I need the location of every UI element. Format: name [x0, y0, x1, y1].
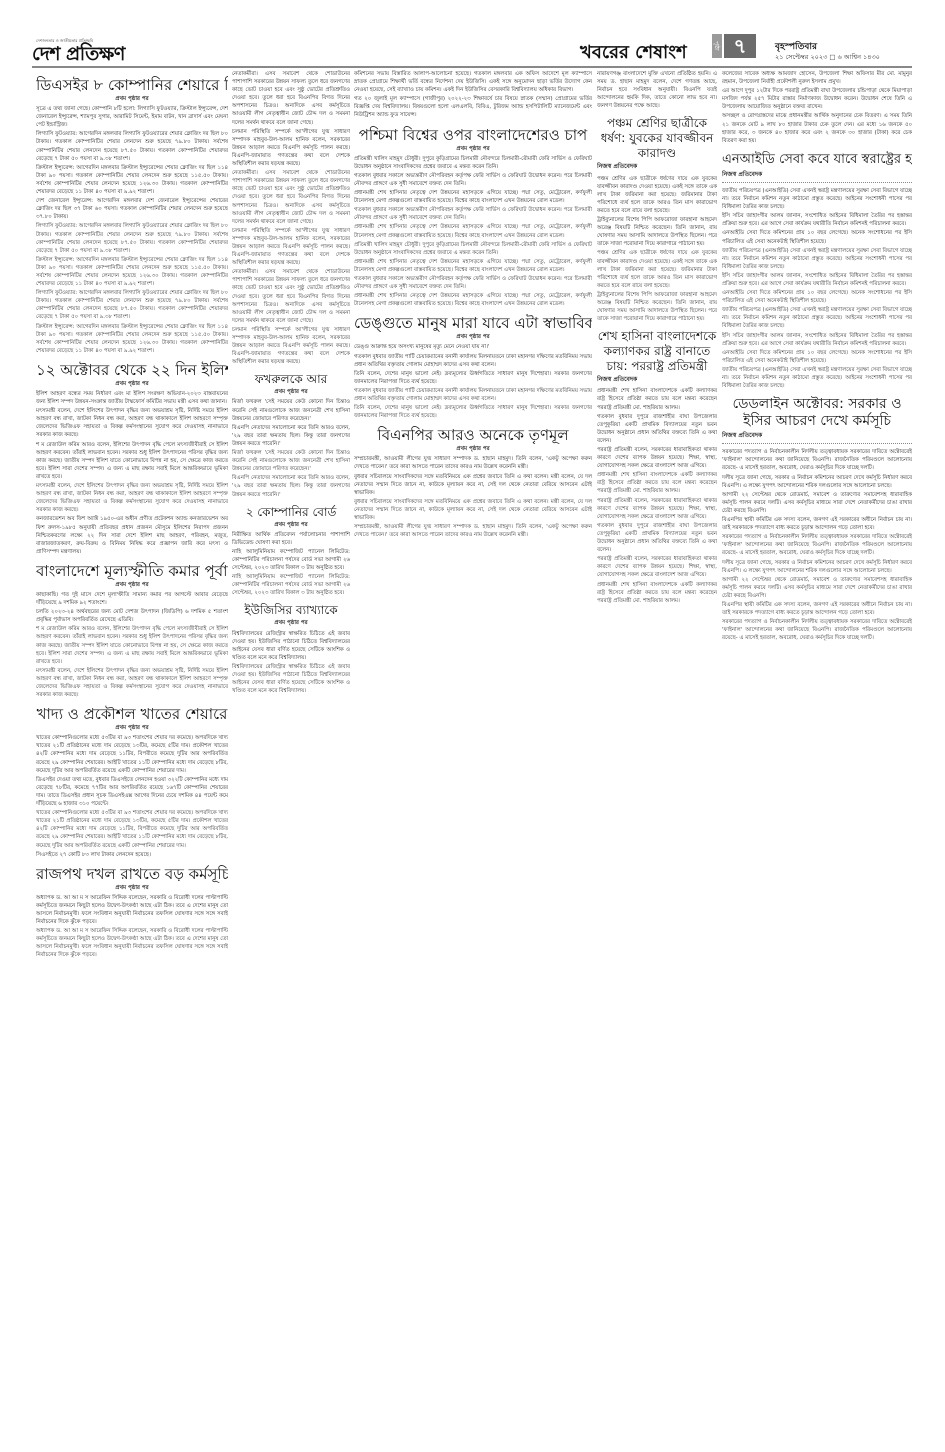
article-paragraph: বুধবার সচিবালয়ে সাংবাদিকদের সঙ্গে মতবিন…: [354, 498, 592, 522]
article-paragraph: ক্রিস্টাল ইন্স্যুরেন্স: আগেরদিন মঙ্গলবার…: [36, 323, 228, 355]
article-paragraph: সরকারের পদত্যাগ ও নির্বাচনকালীন নির্দলীয…: [722, 618, 912, 642]
article-paragraph: মৎস্যমন্ত্রী বলেন, দেশে ইলিশের উৎপাদন বৃ…: [36, 667, 228, 699]
article-paragraph: ইসি সচিব জাহাংগীর আলম জানান, সংশোধিত আইন…: [722, 332, 912, 348]
article-paragraph: সিএসইতে ২৭ কোটি ৮৩ লাখ টাকার লেনদেন হয়ে…: [36, 851, 228, 859]
article-paragraph: প্রতিমন্ত্রী খালিদ মাহমুদ চৌধুরী। দুপুরে…: [354, 241, 592, 257]
article-paragraph: দলীয় সূত্রে জানা গেছে, সরকার ও নির্বাচন…: [722, 559, 912, 575]
article-headline[interactable]: পশ্চিমা বিশ্বের ওপর বাংলাদেশেরও চাপ: [354, 126, 592, 144]
article-paragraph: এর আগে দুপুর ১২টার দিকে পররাষ্ট্র প্রতিম…: [722, 87, 912, 111]
article-headline[interactable]: খাদ্য ও প্রকৌশল খাতের শেয়ারে: [36, 705, 228, 723]
article-paragraph: খাতের কোম্পানিগুলোর মধ্যে ৫৩টির বা ৯৩ শত…: [36, 809, 228, 849]
article-dse-sellers[interactable]: ডিএসইর ৮ কোম্পানির শেয়ারে বিক্রেতা প্রথ…: [36, 76, 228, 355]
article-paragraph: ইসি সচিব জাহাংগীর আলম জানান, সংশোধিত আইন…: [722, 212, 912, 228]
article-paragraph: বিশ্ববিদ্যালয়ের রেজিস্ট্রার স্বাক্ষরিত …: [232, 663, 350, 695]
article-paragraph: জাতীয় পরিচয়পত্র (এনআইডি) সেবা এখনই স্ব…: [722, 366, 912, 390]
header-divider: [32, 66, 912, 68]
article-hilsa-ban[interactable]: ১২ অক্টোবর থেকে ২২ দিন ইলিশ প্রথম পৃষ্ঠা…: [36, 361, 228, 556]
article-paragraph: মৎস্যমন্ত্রী বলেন, দেশে ইলিশের উৎপাদন বৃ…: [36, 482, 228, 514]
column-1: ডিএসইর ৮ কোম্পানির শেয়ারে বিক্রেতা প্রথ…: [36, 70, 228, 1440]
article-paragraph: কনজারভেশন অব ফিশ অ্যাক্ট ১৯৫০-এর অধীন প্…: [36, 515, 228, 555]
article-rajpath-program[interactable]: রাজপথ দখল রাখতে বড় কর্মসূচি প্রথম পৃষ্ঠ…: [36, 865, 228, 960]
article-headline[interactable]: ১২ অক্টোবর থেকে ২২ দিন ইলিশ: [36, 361, 228, 379]
article-paragraph: প্রধানমন্ত্রী শেখ হাসিনার নেতৃত্বে দেশ উ…: [354, 223, 592, 239]
article-paragraph: ইসি সচিব জাহাংগীর আলম জানান, সংশোধিত আইন…: [722, 272, 912, 288]
article-paragraph: নারায়ণগঞ্জ বাংলাদেশে মুক্তি এখনো প্রতিষ…: [597, 70, 717, 110]
article-paragraph: পঞ্চম শ্রেণির এক ছাত্রীকে ধর্ষণের দায়ে …: [597, 175, 717, 215]
article-headline[interactable]: শেখ হাসিনা বাংলাদেশকে কল্যাণকর রাষ্ট্র ব…: [597, 329, 717, 374]
article-paragraph: ট্রাইব্যুনালের বিশেষ পিপি আফরোজা ফারহানা…: [597, 216, 717, 248]
article-paragraph: বিএনপির স্থায়ী কমিটির এক সদস্য বলেন, জন…: [722, 516, 912, 532]
article-paragraph: অধ্যাপক ড. আ আ ম স আরেফিন সিদ্দিক বলেছেন…: [36, 927, 228, 959]
article-paragraph: গতকাল বুধবার সকালে অভ্যন্তরীণ নৌপরিবহন ক…: [354, 206, 592, 222]
article-paragraph: লিগ্যাসি ফুটওয়্যার: আগেরদিন মঙ্গলবার লি…: [36, 222, 228, 254]
article-headline[interactable]: ইউজিসির ব্যাখ্যাকে: [232, 603, 350, 618]
dotted-divider: [722, 182, 912, 183]
article-paragraph: সরকারের পদত্যাগ ও নির্বাচনকালীন নির্দলীয…: [722, 533, 912, 557]
article-inflation-forecast[interactable]: বাংলাদেশে মূল্যস্ফীতি কমার পূর্বাভাস প্র…: [36, 562, 228, 699]
column-3: কমিশনের সভায় বিস্তারিত আলাপ-আলোচনা হয়ে…: [354, 70, 592, 1440]
article-paragraph: নেতাকর্মীরা। এসব সমাবেশ থেকে শোডাউনের পা…: [232, 70, 350, 127]
article-paragraph: সূত্রে এ তথ্য জানা গেছে। কোম্পানি ৮টি হল…: [36, 105, 228, 129]
continued-label: প্রথম পৃষ্ঠার পর: [232, 388, 350, 396]
article-paragraph: সম্প্রচারমন্ত্রী, আওয়ামী লীগের যুগ্ম সা…: [354, 523, 592, 539]
article-paragraph: পঞ্চম শ্রেণির এক ছাত্রীকে ধর্ষণের দায়ে …: [597, 249, 717, 289]
article-paragraph: জাতীয় পরিচয়পত্র (এনআইডি) সেবা এখনই স্ব…: [722, 306, 912, 330]
article-paragraph: নেতাকর্মীরা। এসব সমাবেশ থেকে শোডাউনের পা…: [232, 169, 350, 226]
article-paragraph: কলেজের সাবেক অধ্যক্ষ আমজাদ হোসেন, উপজেলা…: [722, 70, 912, 86]
article-paragraph: সম্প্রচারমন্ত্রী, আওয়ামী লীগের যুগ্ম সা…: [354, 455, 592, 471]
article-deadline-october[interactable]: ডেডলাইন অক্টোবর: সরকার ও ইসির আচরণ দেখে …: [722, 396, 912, 642]
article-paragraph: সরকারের পদত্যাগ ও নির্বাচনকালীন নির্দলীয…: [722, 448, 912, 472]
article-ugc-explanation[interactable]: ইউজিসির ব্যাখ্যাকে প্রথম পৃষ্ঠার পর বিশ্…: [232, 603, 350, 695]
article-paragraph: এনআইডি সেবা দিতে কমিশনের প্রায় ১০ বছর ল…: [722, 229, 912, 245]
article-paragraph: এনআইডি সেবা দিতে কমিশনের প্রায় ১০ বছর ল…: [722, 349, 912, 365]
article-paragraph: গত ২০ জুলাই মূল ক্যাম্পাসে (গাজীপুর) ২০২…: [354, 95, 592, 119]
issue-date: ২১ সেপ্টেম্বর ২০২৩ □ ৬ আশ্বিন ১৪৩০: [775, 52, 880, 63]
page-number: ৭: [724, 34, 756, 58]
article-paragraph: গতকাল বুধবার সকালে অভ্যন্তরীণ নৌপরিবহন ক…: [354, 172, 592, 188]
article-paragraph: প্রধানমন্ত্রী শেখ হাসিনা বাংলাদেশকে একটি…: [597, 471, 717, 495]
article-headline[interactable]: বিএনপির আরও অনেকে তৃণমূল: [354, 426, 592, 444]
masthead: দেশজনতার ও জাতীয়তার প্রতিচ্ছবি দেশ প্রত…: [0, 0, 945, 58]
article-paragraph: দেশ জেনারেল ইন্স্যুরেন্স: আগেরদিন মঙ্গলব…: [36, 197, 228, 221]
article-paragraph: জাতীয় পরিচয়পত্র (এনআইডি) সেবা এখনই স্ব…: [722, 247, 912, 271]
article-paragraph: প্রধানমন্ত্রী শেখ হাসিনা বাংলাদেশকে একটি…: [597, 581, 717, 605]
article-two-company-board[interactable]: ২ কোম্পানির বোর্ড প্রথম পৃষ্ঠার পর নিরীক…: [232, 505, 350, 598]
continued-label: প্রথম পৃষ্ঠার পর: [354, 445, 592, 453]
article-paragraph: নিরীক্ষিত আর্থিক প্রতিবেদন পর্যালোচনার প…: [232, 531, 350, 547]
article-paragraph: তিনি বলেন, দেশের মানুষ ভালো নেই। দ্রব্যম…: [354, 404, 592, 420]
article-headline[interactable]: রাজপথ দখল রাখতে বড় কর্মসূচি: [36, 865, 228, 883]
article-bnp-trinamool[interactable]: বিএনপির আরও অনেকে তৃণমূল প্রথম পৃষ্ঠার প…: [354, 426, 592, 539]
article-paragraph: লিগ্যাসি ফুটওয়্যার: আগেরদিন মঙ্গলবার লি…: [36, 130, 228, 162]
article-paragraph: নাহি অ্যালুমিনিয়াম কম্পোজিট প্যানেল লিম…: [232, 573, 350, 597]
article-paragraph: লিগ্যাসি ফুটওয়্যার: আগেরদিন মঙ্গলবার লি…: [36, 289, 228, 321]
article-paragraph: জাতীয় পরিচয়পত্র (এনআইডি) সেবা এখনই স্ব…: [722, 187, 912, 211]
article-byline: নিজস্ব প্রতিবেদক: [597, 163, 717, 171]
article-headline[interactable]: পঞ্চম শ্রেণির ছাত্রীকে ধর্ষণ: যুবকের যাব…: [597, 116, 717, 161]
article-paragraph: মির্জা ফখরুল 'সেই সময়ের কেউ কোনো দিন চি…: [232, 398, 350, 422]
continued-label: প্রথম পৃষ্ঠার পর: [36, 884, 228, 892]
article-paragraph: নেতাকর্মীরা। এসব সমাবেশ থেকে শোডাউনের পা…: [232, 268, 350, 325]
article-headline[interactable]: ফখরুলকে আর: [232, 372, 350, 387]
article-paragraph: গতকাল বুধবার দুপুরে রাজশাহীর বাঘা উপজেলা…: [597, 522, 717, 554]
article-byline: নিজস্ব প্রতিবেদক: [597, 376, 717, 384]
article-headline[interactable]: এনআইডি সেবা কবে যাবে স্বরাষ্ট্রের হাতে?: [722, 151, 912, 169]
article-paragraph: বিএনপি নেতাদের সমালোচনা করে তিনি আরও বলে…: [232, 474, 350, 498]
article-paragraph: পররাষ্ট্র প্রতিমন্ত্রী বলেন, সরকারের ধার…: [597, 555, 717, 579]
article-paragraph: মৎস্যমন্ত্রী বলেন, দেশে ইলিশের উৎপাদন বৃ…: [36, 407, 228, 439]
article-headline[interactable]: ২ কোম্পানির বোর্ড: [232, 505, 350, 520]
column-5: কলেজের সাবেক অধ্যক্ষ আমজাদ হোসেন, উপজেলা…: [722, 70, 912, 1440]
article-food-engineering-shares[interactable]: খাদ্য ও প্রকৌশল খাতের শেয়ারে প্রথম পৃষ্…: [36, 705, 228, 859]
article-paragraph: খাতের কোম্পানিগুলোর মধ্যে ৫৩টির বা ৯৩ শত…: [36, 734, 228, 774]
article-paragraph: চলমান পরিস্থিতি সম্পর্কে আ'লীগের যুগ্ম স…: [232, 128, 350, 168]
article-paragraph: গতকাল বুধবার জাতীয় পার্টি চেয়ারম্যানের…: [354, 353, 592, 369]
continued-label: প্রথম পৃষ্ঠার পর: [354, 145, 592, 153]
article-paragraph: প্রধানমন্ত্রী শেখ হাসিনার নেতৃত্বে দেশ উ…: [354, 292, 592, 308]
article-paragraph: শ ম রেজাউল করিম আরও বলেন, ইলিশের উৎপাদন …: [36, 441, 228, 481]
article-paragraph: শ ম রেজাউল করিম আরও বলেন, ইলিশের উৎপাদন …: [36, 625, 228, 665]
article-paragraph: বিশ্ববিদ্যালয়ের রেজিস্ট্রার স্বাক্ষরিত …: [232, 630, 350, 662]
article-paragraph: কমিশনের সভায় বিস্তারিত আলাপ-আলোচনা হয়ে…: [354, 70, 592, 94]
article-paragraph: গতকাল বুধবার সকালে অভ্যন্তরীণ নৌপরিবহন ক…: [354, 275, 592, 291]
continued-label: প্রথম পৃষ্ঠার পর: [36, 95, 228, 103]
column-2: নেতাকর্মীরা। এসব সমাবেশ থেকে শোডাউনের পা…: [232, 70, 350, 1440]
page-tab-label: পৃষ্ঠা: [712, 34, 722, 58]
article-paragraph: তিনি বলেন, দেশের মানুষ ভালো নেই। দ্রব্যম…: [354, 370, 592, 386]
article-western-pressure[interactable]: পশ্চিমা বিশ্বের ওপর বাংলাদেশেরও চাপ প্রথ…: [354, 126, 592, 309]
article-headline[interactable]: ডেঙ্গুতে মানুষ মারা যাবে এটা স্বাভাবিক: [354, 314, 592, 332]
section-title: খবরের শেষাংশ: [580, 38, 687, 69]
article-headline[interactable]: ডিএসইর ৮ কোম্পানির শেয়ারে বিক্রেতা: [36, 76, 228, 94]
article-paragraph: বিএনপির স্থায়ী কমিটির এক সদস্য বলেন, জন…: [722, 601, 912, 617]
article-byline: নিজস্ব প্রতিবেদক: [722, 171, 912, 179]
article-paragraph: বিএনপি নেতাদের সমালোচনা করে তিনি আরও বলে…: [232, 424, 350, 448]
article-paragraph: প্রধানমন্ত্রী শেখ হাসিনার নেতৃত্বে দেশ উ…: [354, 258, 592, 274]
article-paragraph: নাহি অ্যালুমিনিয়াম কম্পোজিট প্যানেল লিম…: [232, 548, 350, 572]
article-paragraph: পররাষ্ট্র প্রতিমন্ত্রী বলেন, সরকারের ধার…: [597, 497, 717, 521]
article-paragraph: মির্জা ফখরুল 'সেই সময়ের কেউ কোনো দিন চি…: [232, 449, 350, 473]
article-paragraph: আগামী ২২ সেপ্টেম্বর থেকে রোডমার্চ, সমাবে…: [722, 576, 912, 600]
article-paragraph: বুধবার সচিবালয়ে সাংবাদিকদের সঙ্গে মতবিন…: [354, 473, 592, 497]
article-paragraph: প্রধানমন্ত্রী শেখ হাসিনা বাংলাদেশকে একটি…: [597, 387, 717, 411]
article-paragraph: এনআইডি সেবা দিতে কমিশনের প্রায় ১০ বছর ল…: [722, 289, 912, 305]
continued-label: প্রথম পৃষ্ঠার পর: [232, 619, 350, 627]
article-paragraph: ক্রিস্টাল ইন্স্যুরেন্স: আগেরদিন মঙ্গলবার…: [36, 164, 228, 196]
article-paragraph: ডিএসইর দেওয়া তথ্য মতে, বুধবার ডিএসইতে ল…: [36, 776, 228, 808]
article-student-rape-verdict[interactable]: পঞ্চম শ্রেণির ছাত্রীকে ধর্ষণ: যুবকের যাব…: [597, 116, 717, 323]
article-headline[interactable]: বাংলাদেশে মূল্যস্ফীতি কমার পূর্বাভাস: [36, 562, 228, 580]
article-paragraph: প্রতিমন্ত্রী খালিদ মাহমুদ চৌধুরী। দুপুরে…: [354, 155, 592, 171]
article-paragraph: কাছাকাছি। গত দুই মাসে দেশে মূল্যস্ফীতি স…: [36, 591, 228, 607]
article-paragraph: দলীয় সূত্রে জানা গেছে, সরকার ও নির্বাচন…: [722, 474, 912, 490]
article-byline: নিজস্ব প্রতিবেদক: [722, 432, 912, 440]
article-paragraph: গতকাল বুধবার জাতীয় পার্টি চেয়ারম্যানের…: [354, 387, 592, 403]
article-welfare-state[interactable]: শেখ হাসিনা বাংলাদেশকে কল্যাণকর রাষ্ট্র ব…: [597, 329, 717, 605]
article-paragraph: চলমান পরিস্থিতি সম্পর্কে আ'লীগের যুগ্ম স…: [232, 326, 350, 366]
article-paragraph: ডেঙ্গু আক্রান্ত হয়ে অসংখ্য মানুষের মৃত্…: [354, 343, 592, 351]
article-paragraph: গতকাল বুধবার দুপুরে রাজশাহীর বাঘা উপজেলা…: [597, 413, 717, 445]
article-dengue[interactable]: ডেঙ্গুতে মানুষ মারা যাবে এটা স্বাভাবিক প…: [354, 314, 592, 420]
article-headline[interactable]: ডেডলাইন অক্টোবর: সরকার ও ইসির আচরণ দেখে …: [722, 396, 912, 430]
article-paragraph: অধ্যাপক ড. আ আ ম স আরেফিন সিদ্দিক বলেছেন…: [36, 894, 228, 926]
continued-label: প্রথম পৃষ্ঠার পর: [36, 380, 228, 388]
article-paragraph: প্রধানমন্ত্রী শেখ হাসিনার নেতৃত্বে দেশ উ…: [354, 189, 592, 205]
article-paragraph: চলতি ২০২৩-২৪ অর্থবছরের জন্য মোট দেশজ উৎপ…: [36, 608, 228, 624]
continued-label: প্রথম পৃষ্ঠার পর: [36, 724, 228, 732]
continued-label: প্রথম পৃষ্ঠার পর: [232, 521, 350, 529]
article-paragraph: আগামী ২২ সেপ্টেম্বর থেকে রোডমার্চ, সমাবে…: [722, 491, 912, 515]
continued-label: প্রথম পৃষ্ঠার পর: [36, 581, 228, 589]
article-paragraph: ক্রিস্টাল ইন্স্যুরেন্স: আগেরদিন মঙ্গলবার…: [36, 256, 228, 288]
article-paragraph: অসচ্ছল ও রোগগ্রস্তদের মাঝে প্রধানমন্ত্রী…: [722, 112, 912, 144]
article-paragraph: চলমান পরিস্থিতি সম্পর্কে আ'লীগের যুগ্ম স…: [232, 227, 350, 267]
dotted-divider: [722, 443, 912, 444]
article-paragraph: ইলিশ আহরণ বন্ধের সময় নির্ধারণ এবং মা ইল…: [36, 390, 228, 406]
column-4: নারায়ণগঞ্জ বাংলাদেশে মুক্তি এখনো প্রতিষ…: [597, 70, 717, 1440]
article-nid-service[interactable]: এনআইডি সেবা কবে যাবে স্বরাষ্ট্রের হাতে? …: [722, 151, 912, 390]
article-paragraph: পররাষ্ট্র প্রতিমন্ত্রী বলেন, সরকারের ধার…: [597, 446, 717, 470]
article-paragraph: ট্রাইব্যুনালের বিশেষ পিপি আফরোজা ফারহানা…: [597, 291, 717, 323]
continued-label: প্রথম পৃষ্ঠার পর: [354, 333, 592, 341]
article-fakhrul[interactable]: ফখরুলকে আর প্রথম পৃষ্ঠার পর মির্জা ফখরুল…: [232, 372, 350, 498]
